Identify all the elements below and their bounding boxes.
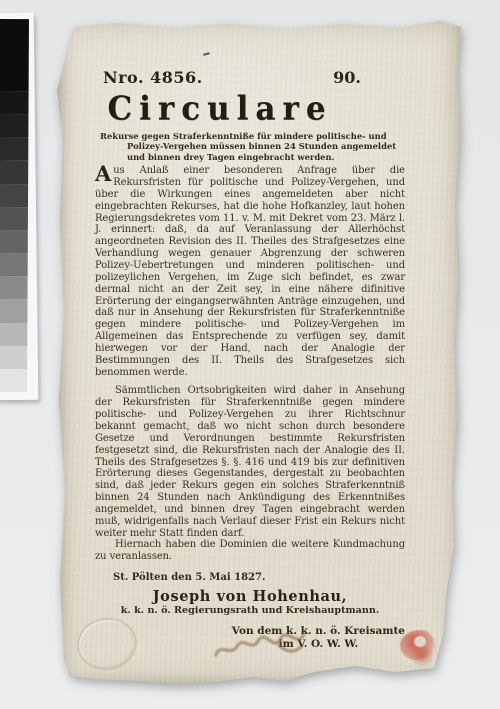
heading-row: Nro. 4856. 90. — [95, 68, 405, 87]
signature-title: k. k. n. ö. Regierungsrath und Kreishaup… — [95, 605, 405, 616]
inscription-stroke — [214, 632, 305, 660]
body-paragraph: Aus Anlaß einer besonderen Anfrage über … — [95, 165, 405, 378]
body-paragraph: Sämmtlichen Ortsobrigkeiten wird daher i… — [95, 385, 405, 539]
paper-shadow: Nro. 4856. 90. Circulare Rekurse gegen S… — [0, 0, 500, 709]
body-paragraph: Hiernach haben die Dominien die weitere … — [95, 539, 405, 563]
document-paper: Nro. 4856. 90. Circulare Rekurse gegen S… — [57, 20, 461, 686]
document-content: Nro. 4856. 90. Circulare Rekurse gegen S… — [57, 20, 461, 651]
document-subtitle: Rekurse gegen Straferkenntniße für minde… — [95, 131, 397, 162]
dateline: St. Pölten den 5. Mai 1827. — [95, 572, 405, 583]
scan-photo: { "document": { "number_label": "Nro. 48… — [0, 0, 500, 709]
wax-seal-stain — [398, 624, 440, 670]
document-title: Circulare — [95, 90, 345, 127]
wax-seal-gap — [414, 636, 426, 647]
page-number: 90. — [333, 68, 361, 87]
document-number: Nro. 4856. — [103, 68, 203, 87]
document-body: Aus Anlaß einer besonderen Anfrage über … — [95, 165, 405, 563]
signature-name: Joseph von Hohenhau, — [95, 588, 405, 606]
wax-seal-blob — [410, 646, 434, 666]
